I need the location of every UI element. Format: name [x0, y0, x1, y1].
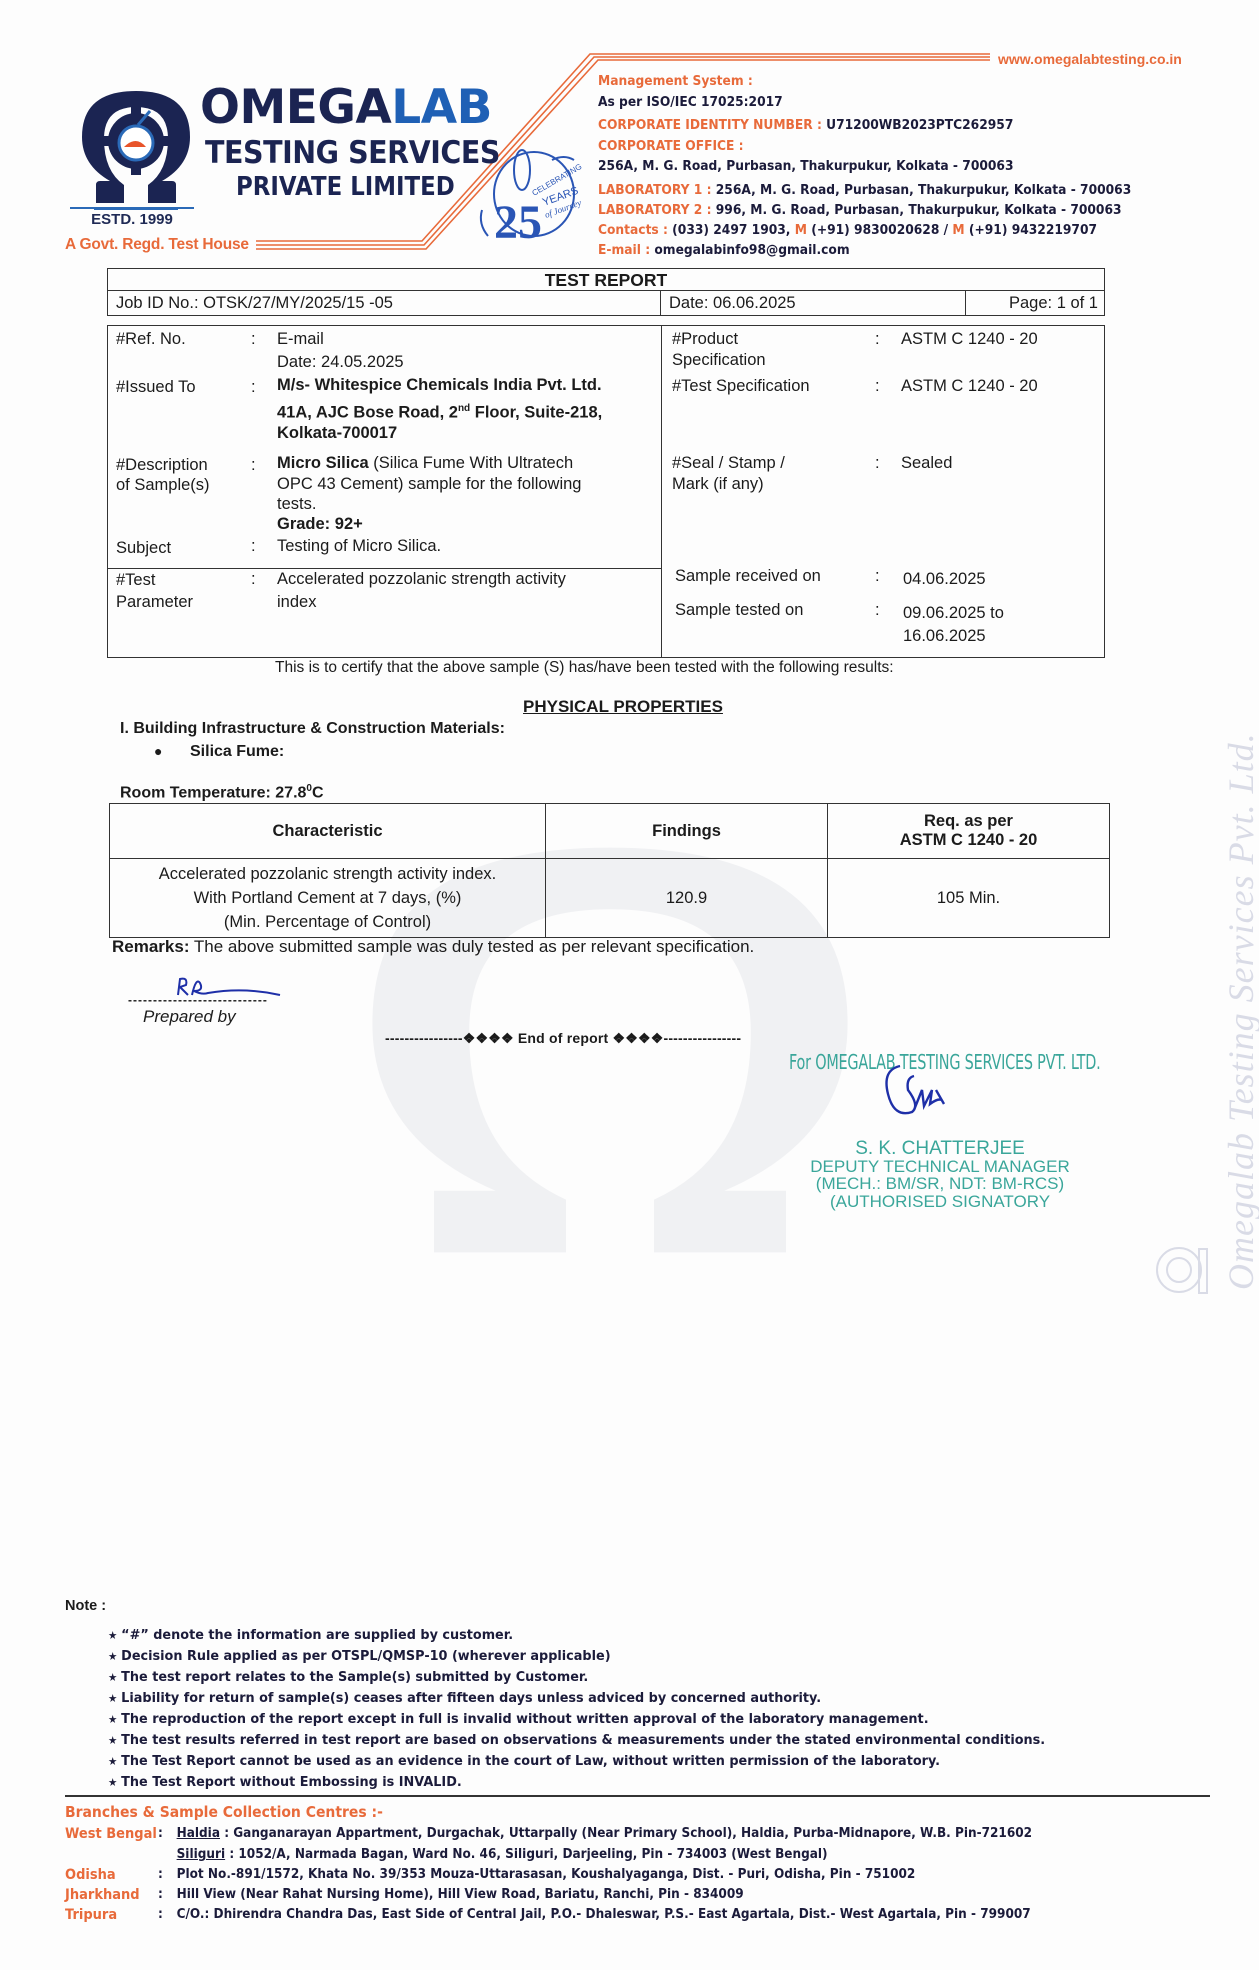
corp-office-value: 256A, M. G. Road, Purbasan, Thakurpukur,…: [598, 157, 1131, 178]
star-icon: ★: [108, 1629, 117, 1642]
bullet-icon: ●: [154, 743, 162, 759]
sample-tested-value-1: 09.06.2025 to: [903, 603, 1004, 624]
star-icon: ★: [108, 1692, 117, 1705]
branch-row: Odisha: Plot No.-891/1572, Khata No. 39/…: [65, 1865, 1032, 1885]
colon: :: [251, 536, 256, 557]
contacts-label: Contacts :: [598, 223, 672, 238]
seal-label-2: Mark (if any): [672, 474, 764, 495]
lab1-line: LABORATORY 1 : 256A, M. G. Road, Purbasa…: [598, 181, 1131, 201]
room-temperature: Room Temperature: 27.80C: [120, 783, 324, 802]
table-row: Accelerated pozzolanic strength activity…: [110, 859, 1110, 938]
test-parameter-value-1: Accelerated pozzolanic strength activity: [277, 569, 566, 590]
issued-to-name: M/s- Whitespice Chemicals India Pvt. Ltd…: [277, 375, 602, 396]
test-parameter-label-2: Parameter: [116, 592, 251, 613]
colon: :: [251, 455, 256, 476]
test-parameter-label-1: #Test: [116, 570, 251, 591]
branch-state: West Bengal: [65, 1824, 158, 1844]
branch-state: [65, 1845, 158, 1865]
prepared-by-label: Prepared by: [143, 1007, 236, 1027]
results-header-row: Characteristic Findings Req. as perASTM …: [110, 804, 1110, 859]
star-icon: ★: [108, 1713, 117, 1726]
email-line: E-mail : omegalabinfo98@gmail.com: [598, 241, 1131, 261]
prepared-by-signature-icon: [174, 973, 284, 1003]
note-text: The Test Report without Embossing is INV…: [121, 1774, 462, 1790]
lab2-line: LABORATORY 2 : 996, M. G. Road, Purbasan…: [598, 201, 1131, 221]
signatory-qualification: (MECH.: BM/SR, NDT: BM-RCS): [790, 1175, 1090, 1193]
note-item: ★The reproduction of the report except i…: [108, 1709, 1045, 1730]
tagline: A Govt. Regd. Test House: [65, 236, 249, 254]
email-label: E-mail :: [598, 243, 654, 258]
branch-address: Siliguri : 1052/A, Narmada Bagan, Ward N…: [177, 1845, 828, 1865]
note-item: ★The test report relates to the Sample(s…: [108, 1667, 1045, 1688]
mobile-prefix: M: [795, 223, 807, 238]
corp-office-label: CORPORATE OFFICE :: [598, 137, 1131, 158]
established-year: ESTD. 1999: [70, 207, 194, 228]
branch-address: Haldia : Ganganarayan Appartment, Durgac…: [177, 1824, 1032, 1844]
cell-requirement: 105 Min.: [828, 859, 1110, 938]
mobile-2: (+91) 9432219707: [965, 223, 1097, 238]
colon: :: [251, 377, 256, 398]
report-date: Date: 06.06.2025: [661, 291, 966, 315]
page-number: Page: 1 of 1: [966, 291, 1104, 315]
star-icon: ★: [108, 1755, 117, 1768]
room-temp-unit: C: [312, 784, 324, 801]
characteristic-line: (Min. Percentage of Control): [110, 910, 545, 934]
note-item: ★Liability for return of sample(s) cease…: [108, 1688, 1045, 1709]
description-line-1: Micro Silica (Silica Fume With Ultratech: [277, 453, 573, 474]
cin-line: CORPORATE IDENTITY NUMBER : U71200WB2023…: [598, 116, 1131, 137]
mobile-1: (+91) 9830020628 /: [807, 223, 952, 238]
issued-to-address-1: 41A, AJC Bose Road, 2nd Floor, Suite-218…: [277, 399, 602, 423]
brand-name-part2: LAB: [391, 80, 492, 135]
star-icon: ★: [108, 1734, 117, 1747]
embossed-logo-icon: [1153, 1235, 1213, 1305]
embossed-watermark: Omegalab Testing Services Pvt. Ltd.: [1220, 732, 1259, 1290]
branch-address: Plot No.-891/1572, Khata No. 39/353 Mouz…: [177, 1865, 916, 1885]
branch-address: Hill View (Near Rahat Nursing Home), Hil…: [177, 1885, 744, 1905]
branch-address: C/O.: Dhirendra Chandra Das, East Side o…: [177, 1905, 1031, 1925]
signatory-role: (AUTHORISED SIGNATORY: [790, 1193, 1090, 1211]
product-spec-label-1: #Product: [672, 329, 738, 350]
note-item: ★Decision Rule applied as per OTSPL/QMSP…: [108, 1646, 1045, 1667]
sample-received-value: 04.06.2025: [903, 569, 986, 590]
branch-state: Odisha: [65, 1865, 158, 1885]
notes-list: ★“#” denote the information are supplied…: [108, 1625, 1045, 1793]
star-icon: ★: [108, 1650, 117, 1663]
characteristic-line: With Portland Cement at 7 days, (%): [110, 886, 545, 910]
issued-to-address-2: Kolkata-700017: [277, 423, 397, 444]
note-item: ★“#” denote the information are supplied…: [108, 1625, 1045, 1646]
colon: :: [875, 376, 880, 397]
sample-info-box: #Ref. No. : E-mail Date: 24.05.2025 #Iss…: [107, 325, 1105, 658]
branch-state: Jharkhand: [65, 1885, 158, 1905]
branch-place: Siliguri: [177, 1847, 226, 1862]
branch-place: Haldia: [177, 1826, 220, 1841]
note-item: ★The Test Report cannot be used as an ev…: [108, 1751, 1045, 1772]
address-part: 41A, AJC Bose Road, 2: [277, 404, 458, 422]
report-header-table: TEST REPORT Job ID No.: OTSK/27/MY/2025/…: [107, 268, 1105, 316]
subject-value: Testing of Micro Silica.: [277, 536, 441, 557]
description-line-2: OPC 43 Cement) sample for the following: [277, 474, 581, 495]
lab1-value: 256A, M. G. Road, Purbasan, Thakurpukur,…: [716, 183, 1131, 198]
branches-section: Branches & Sample Collection Centres :- …: [65, 1802, 1032, 1926]
room-temp-text: Room Temperature: 27.8: [120, 784, 306, 801]
branch-row: Jharkhand: Hill View (Near Rahat Nursing…: [65, 1885, 1032, 1905]
branch-row: West Bengal: Haldia : Ganganarayan Appar…: [65, 1824, 1032, 1844]
sample-received-label: Sample received on: [675, 566, 821, 587]
note-item: ★The Test Report without Embossing is IN…: [108, 1772, 1045, 1793]
cell-characteristic: Accelerated pozzolanic strength activity…: [110, 859, 546, 938]
brand-name: OMEGALAB: [200, 84, 492, 131]
report-title: TEST REPORT: [108, 269, 1104, 291]
header-requirement-line2: ASTM C 1240 - 20: [828, 831, 1109, 850]
cin-value: U71200WB2023PTC262957: [826, 118, 1013, 133]
note-text: The Test Report cannot be used as an evi…: [121, 1753, 940, 1769]
colon: :: [158, 1865, 177, 1885]
description-label-1: #Description: [116, 455, 251, 476]
header-requirement-line1: Req. as per: [828, 812, 1109, 831]
note-text: “#” denote the information are supplied …: [121, 1627, 513, 1643]
description-text: (Silica Fume With Ultratech: [369, 454, 573, 472]
note-text: The test results referred in test report…: [121, 1732, 1045, 1748]
branch-address-text: : Ganganarayan Appartment, Durgachak, Ut…: [220, 1826, 1032, 1841]
lab1-label: LABORATORY 1 :: [598, 183, 716, 198]
mobile-prefix: M: [952, 223, 964, 238]
remarks-text: The above submitted sample was duly test…: [190, 937, 755, 956]
omegalab-logo-icon: [76, 85, 196, 213]
25-years-badge-icon: 25 CELEBRATING YEARS of Journey: [474, 140, 584, 250]
colon: :: [875, 566, 880, 587]
test-parameter-value-2: index: [277, 592, 316, 613]
product-spec-value: ASTM C 1240 - 20: [901, 329, 1038, 350]
address-sup: nd: [458, 403, 470, 414]
address-part: Floor, Suite-218,: [470, 404, 602, 422]
product-name: Micro Silica: [277, 454, 369, 472]
branch-row: Siliguri : 1052/A, Narmada Bagan, Ward N…: [65, 1845, 1032, 1865]
certification-statement: This is to certify that the above sample…: [275, 659, 894, 677]
note-text: Liability for return of sample(s) ceases…: [121, 1690, 821, 1706]
email-value[interactable]: omegalabinfo98@gmail.com: [654, 243, 849, 258]
colon: :: [251, 329, 256, 350]
website-link[interactable]: www.omegalabtesting.co.in: [998, 51, 1182, 67]
category-heading: I. Building Infrastructure & Constructio…: [120, 720, 505, 738]
seal-label-1: #Seal / Stamp /: [672, 453, 785, 474]
colon: :: [158, 1824, 177, 1844]
sample-tested-value-2: 16.06.2025: [903, 626, 986, 647]
colon: :: [158, 1885, 177, 1905]
header-contact-info: Management System : As per ISO/IEC 17025…: [598, 72, 1131, 261]
ref-label: #Ref. No.: [116, 329, 251, 350]
note-text: Decision Rule applied as per OTSPL/QMSP-…: [121, 1648, 610, 1664]
signatory-designation: DEPUTY TECHNICAL MANAGER: [790, 1158, 1090, 1176]
product-spec-label-2: Specification: [672, 350, 766, 371]
results-table: Characteristic Findings Req. as perASTM …: [109, 803, 1110, 938]
description-label-2: of Sample(s): [116, 475, 251, 496]
branches-title: Branches & Sample Collection Centres :-: [65, 1802, 1032, 1822]
ref-date: Date: 24.05.2025: [277, 352, 404, 373]
svg-text:25: 25: [494, 196, 542, 249]
signatory-name: S. K. CHATTERJEE: [790, 1140, 1090, 1158]
notes-title: Note :: [65, 1598, 106, 1614]
colon: :: [158, 1905, 177, 1925]
cin-label: CORPORATE IDENTITY NUMBER :: [598, 118, 826, 133]
cell-finding: 120.9: [546, 859, 828, 938]
branch-row: Tripura: C/O.: Dhirendra Chandra Das, Ea…: [65, 1905, 1032, 1925]
signatory-block: S. K. CHATTERJEE DEPUTY TECHNICAL MANAGE…: [790, 1140, 1090, 1210]
contacts-line: Contacts : (033) 2497 1903, M (+91) 9830…: [598, 221, 1131, 241]
test-spec-value: ASTM C 1240 - 20: [901, 376, 1038, 397]
issued-to-label: #Issued To: [116, 377, 251, 398]
management-label: Management System :: [598, 72, 1131, 93]
sample-tested-label: Sample tested on: [675, 600, 803, 621]
lab2-label: LABORATORY 2 :: [598, 203, 716, 218]
section-title: PHYSICAL PROPERTIES: [523, 697, 723, 717]
ref-value: E-mail: [277, 329, 324, 350]
brand-name-part1: OMEGA: [200, 80, 391, 135]
colon: :: [251, 569, 256, 590]
grade: Grade: 92+: [277, 514, 363, 535]
management-value: As per ISO/IEC 17025:2017: [598, 93, 1131, 114]
job-id: Job ID No.: OTSK/27/MY/2025/15 -05: [108, 291, 661, 315]
remarks: Remarks: The above submitted sample was …: [112, 937, 754, 957]
header-findings: Findings: [546, 804, 828, 859]
subject-label: Subject: [116, 538, 251, 559]
colon: :: [875, 453, 880, 474]
end-of-report: ----------------❖❖❖❖ End of report ❖❖❖❖-…: [385, 1030, 741, 1047]
authorised-signature-icon: [880, 1060, 970, 1120]
brand-line-3: PRIVATE LIMITED: [236, 174, 455, 200]
footer-divider: [65, 1795, 1210, 1797]
lab2-value: 996, M. G. Road, Purbasan, Thakurpukur, …: [716, 203, 1122, 218]
colon: :: [875, 600, 880, 621]
header-characteristic: Characteristic: [110, 804, 546, 859]
remarks-label: Remarks:: [112, 937, 190, 956]
test-spec-label: #Test Specification: [672, 376, 810, 397]
description-line-3: tests.: [277, 494, 316, 515]
note-item: ★The test results referred in test repor…: [108, 1730, 1045, 1751]
brand-line-2: TESTING SERVICES: [205, 138, 500, 169]
seal-value: Sealed: [901, 453, 952, 474]
star-icon: ★: [108, 1776, 117, 1789]
star-icon: ★: [108, 1671, 117, 1684]
subcategory-heading: Silica Fume:: [190, 743, 284, 761]
characteristic-line: Accelerated pozzolanic strength activity…: [110, 862, 545, 886]
colon: :: [875, 329, 880, 350]
branch-address-text: : 1052/A, Narmada Bagan, Ward No. 46, Si…: [225, 1847, 827, 1862]
note-text: The reproduction of the report except in…: [121, 1711, 928, 1727]
header-requirement: Req. as perASTM C 1240 - 20: [828, 804, 1110, 859]
note-text: The test report relates to the Sample(s)…: [121, 1669, 588, 1685]
branch-state: Tripura: [65, 1905, 158, 1925]
contacts-landline: (033) 2497 1903,: [672, 223, 795, 238]
